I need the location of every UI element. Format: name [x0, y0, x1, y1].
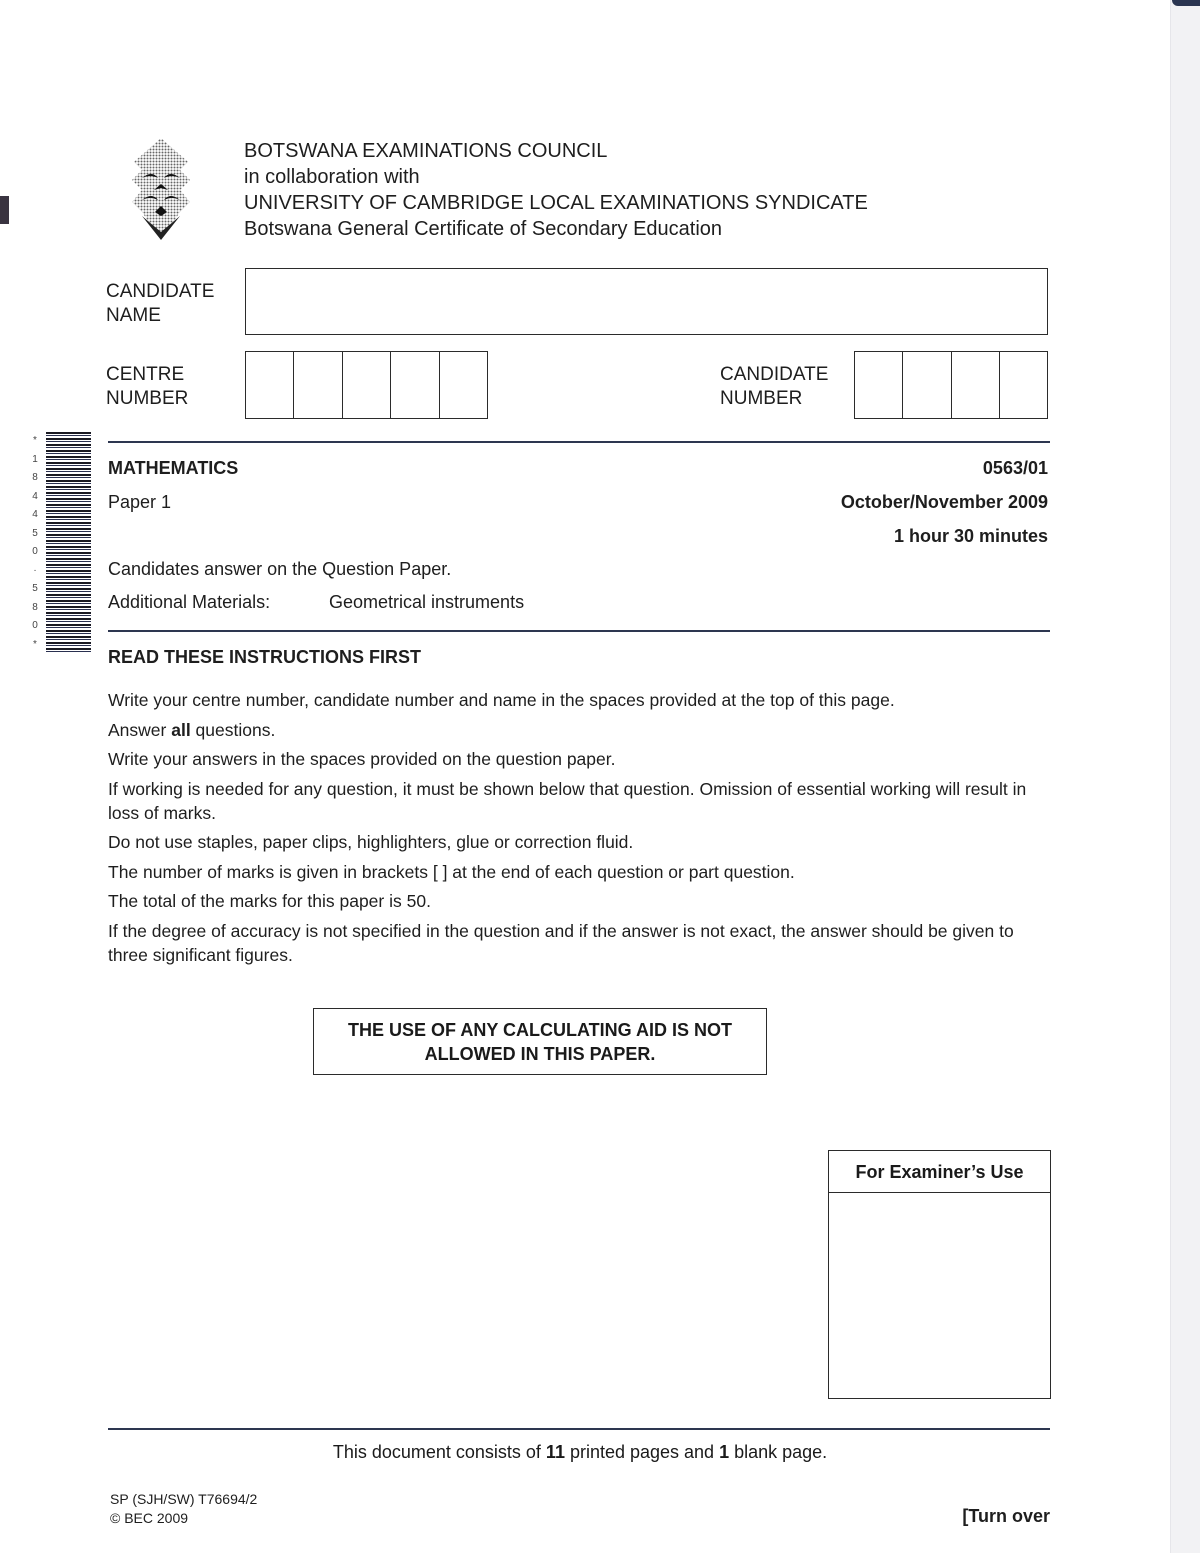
instruction-item: The total of the marks for this paper is…	[108, 889, 1053, 913]
instruction-item: If the degree of accuracy is not specifi…	[108, 919, 1053, 967]
certificate-name: Botswana General Certificate of Secondar…	[244, 216, 868, 242]
materials-value: Geometrical instruments	[329, 590, 524, 614]
exam-board-header: BOTSWANA EXAMINATIONS COUNCIL in collabo…	[244, 138, 868, 242]
materials-label: Additional Materials:	[108, 590, 270, 614]
answer-note: Candidates answer on the Question Paper.	[108, 557, 451, 581]
candidate-number-field[interactable]	[854, 351, 1048, 419]
centre-digit-cell[interactable]	[343, 352, 391, 418]
candidate-digit-cell[interactable]	[952, 352, 1000, 418]
instruction-item: Write your centre number, candidate numb…	[108, 688, 1053, 712]
page-count-note: This document consists of 11 printed pag…	[0, 1442, 1160, 1463]
divider	[108, 630, 1050, 632]
centre-number-field[interactable]	[245, 351, 488, 419]
exam-session: October/November 2009	[841, 490, 1048, 514]
candidate-name-label: CANDIDATE NAME	[106, 280, 214, 328]
instruction-item: Answer all questions.	[108, 718, 1053, 742]
instruction-item: Write your answers in the spaces provide…	[108, 747, 1053, 771]
barcode-digits: * 1 8 4 4 5 0 · 5 8 0 *	[30, 432, 40, 654]
paper-number: Paper 1	[108, 490, 171, 514]
diamond-emblem-icon	[128, 136, 194, 242]
centre-digit-cell[interactable]	[246, 352, 294, 418]
centre-digit-cell[interactable]	[294, 352, 342, 418]
scan-mark	[0, 196, 9, 224]
candidate-name-field[interactable]	[245, 268, 1048, 335]
subject-title: MATHEMATICS	[108, 456, 238, 480]
turn-over: [Turn over	[962, 1504, 1050, 1528]
council-name: BOTSWANA EXAMINATIONS COUNCIL	[244, 138, 868, 164]
examiner-use-title: For Examiner’s Use	[829, 1151, 1050, 1193]
paper-code: 0563/01	[983, 456, 1048, 480]
exam-duration: 1 hour 30 minutes	[894, 524, 1048, 548]
copyright: © BEC 2009	[110, 1508, 188, 1528]
candidate-digit-cell[interactable]	[855, 352, 903, 418]
candidate-digit-cell[interactable]	[903, 352, 951, 418]
scan-corner	[1172, 0, 1200, 6]
examiner-use-box: For Examiner’s Use	[828, 1150, 1051, 1399]
instructions-list: Write your centre number, candidate numb…	[108, 688, 1053, 972]
candidate-number-label: CANDIDATE NUMBER	[720, 363, 828, 411]
syndicate-name: UNIVERSITY OF CAMBRIDGE LOCAL EXAMINATIO…	[244, 190, 868, 216]
document-reference: SP (SJH/SW) T76694/2	[110, 1489, 257, 1509]
page-edge	[1170, 0, 1200, 1553]
centre-digit-cell[interactable]	[440, 352, 487, 418]
instruction-item: The number of marks is given in brackets…	[108, 860, 1053, 884]
instruction-item: Do not use staples, paper clips, highlig…	[108, 830, 1053, 854]
calculator-notice: THE USE OF ANY CALCULATING AID IS NOT AL…	[313, 1008, 767, 1075]
divider	[108, 1428, 1050, 1430]
centre-number-label: CENTRE NUMBER	[106, 363, 188, 411]
instruction-item: If working is needed for any question, i…	[108, 777, 1053, 825]
candidate-digit-cell[interactable]	[1000, 352, 1047, 418]
instructions-heading: READ THESE INSTRUCTIONS FIRST	[108, 645, 421, 669]
barcode-icon	[46, 432, 91, 654]
divider	[108, 441, 1050, 443]
collaboration-text: in collaboration with	[244, 164, 868, 190]
centre-digit-cell[interactable]	[391, 352, 439, 418]
